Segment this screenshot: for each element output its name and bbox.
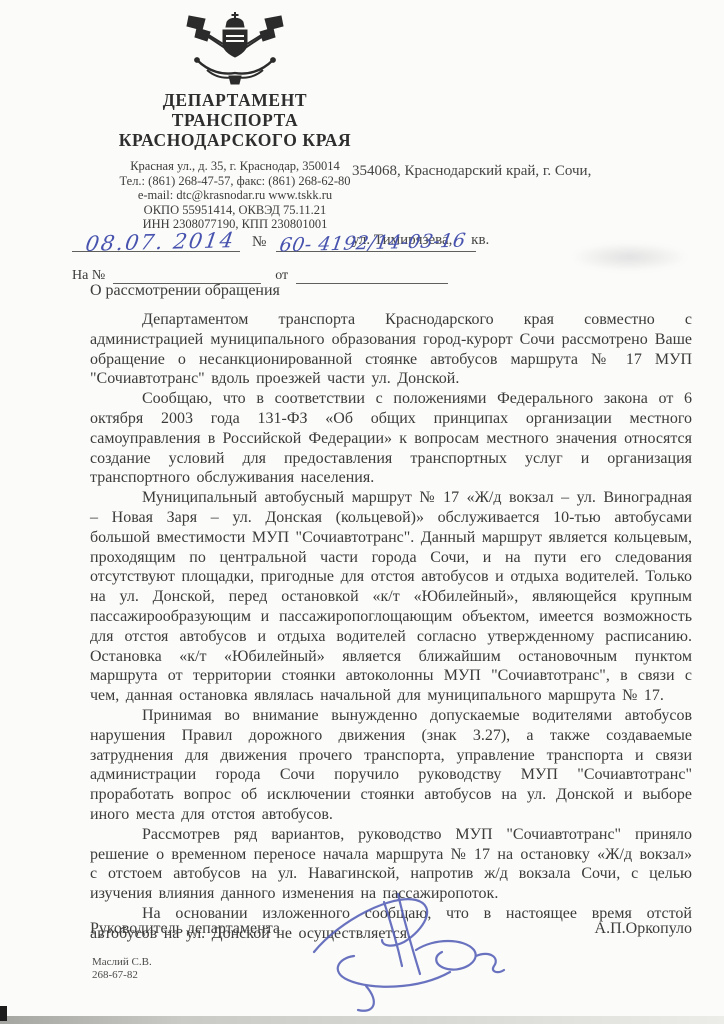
body-paragraph: Департаментом транспорта Краснодарского … xyxy=(90,310,692,389)
handwritten-date: 08.07. 2014 xyxy=(84,228,237,256)
signature-ink xyxy=(300,886,550,1020)
recipient-line: 354068, Краснодарский край, г. Сочи, xyxy=(352,160,591,183)
body-paragraph: Сообщаю, что в соответствии с положениям… xyxy=(90,389,692,488)
number-sign-label: № xyxy=(252,234,266,251)
number-blank-line: 60- 4192/14-03-16 xyxy=(276,251,476,252)
scanned-letter-page: ДЕПАРТАМЕНТ ТРАНСПОРТА КРАСНОДАРСКОГО КР… xyxy=(0,0,724,1024)
letter-body: Департаментом транспорта Краснодарского … xyxy=(90,310,692,944)
coat-of-arms-icon xyxy=(179,10,291,86)
ink-bleed-through-mark xyxy=(572,243,687,271)
signer-name: А.П.Оркопуло xyxy=(595,920,692,938)
reply-reference-row: На № от xyxy=(72,260,492,284)
executor-phone: 268-67-82 xyxy=(92,969,152,982)
executor-name: Маслий С.В. xyxy=(92,956,152,969)
handwritten-outgoing-number: 60- 4192/14-03-16 xyxy=(278,230,467,257)
reference-block: 08.07. 2014 № 60- 4192/14-03-16 На № от xyxy=(72,220,492,284)
executor-note: Маслий С.В. 268-67-82 xyxy=(92,956,152,982)
scan-bottom-edge xyxy=(0,1016,724,1024)
date-blank-line: 08.07. 2014 xyxy=(72,251,240,252)
body-paragraph: Принимая во внимание вынужденно допускае… xyxy=(90,706,692,825)
scan-corner-mark xyxy=(0,1006,7,1021)
reply-date-blank-line xyxy=(296,283,448,284)
signer-position: Руководитель департамента xyxy=(90,920,280,938)
letter-subject: О рассмотрении обращения xyxy=(90,282,280,300)
date-number-row: 08.07. 2014 № 60- 4192/14-03-16 xyxy=(72,220,492,252)
org-name-line: ДЕПАРТАМЕНТ xyxy=(68,90,402,110)
body-paragraph: Муниципальный автобусный маршрут № 17 «Ж… xyxy=(90,488,692,706)
